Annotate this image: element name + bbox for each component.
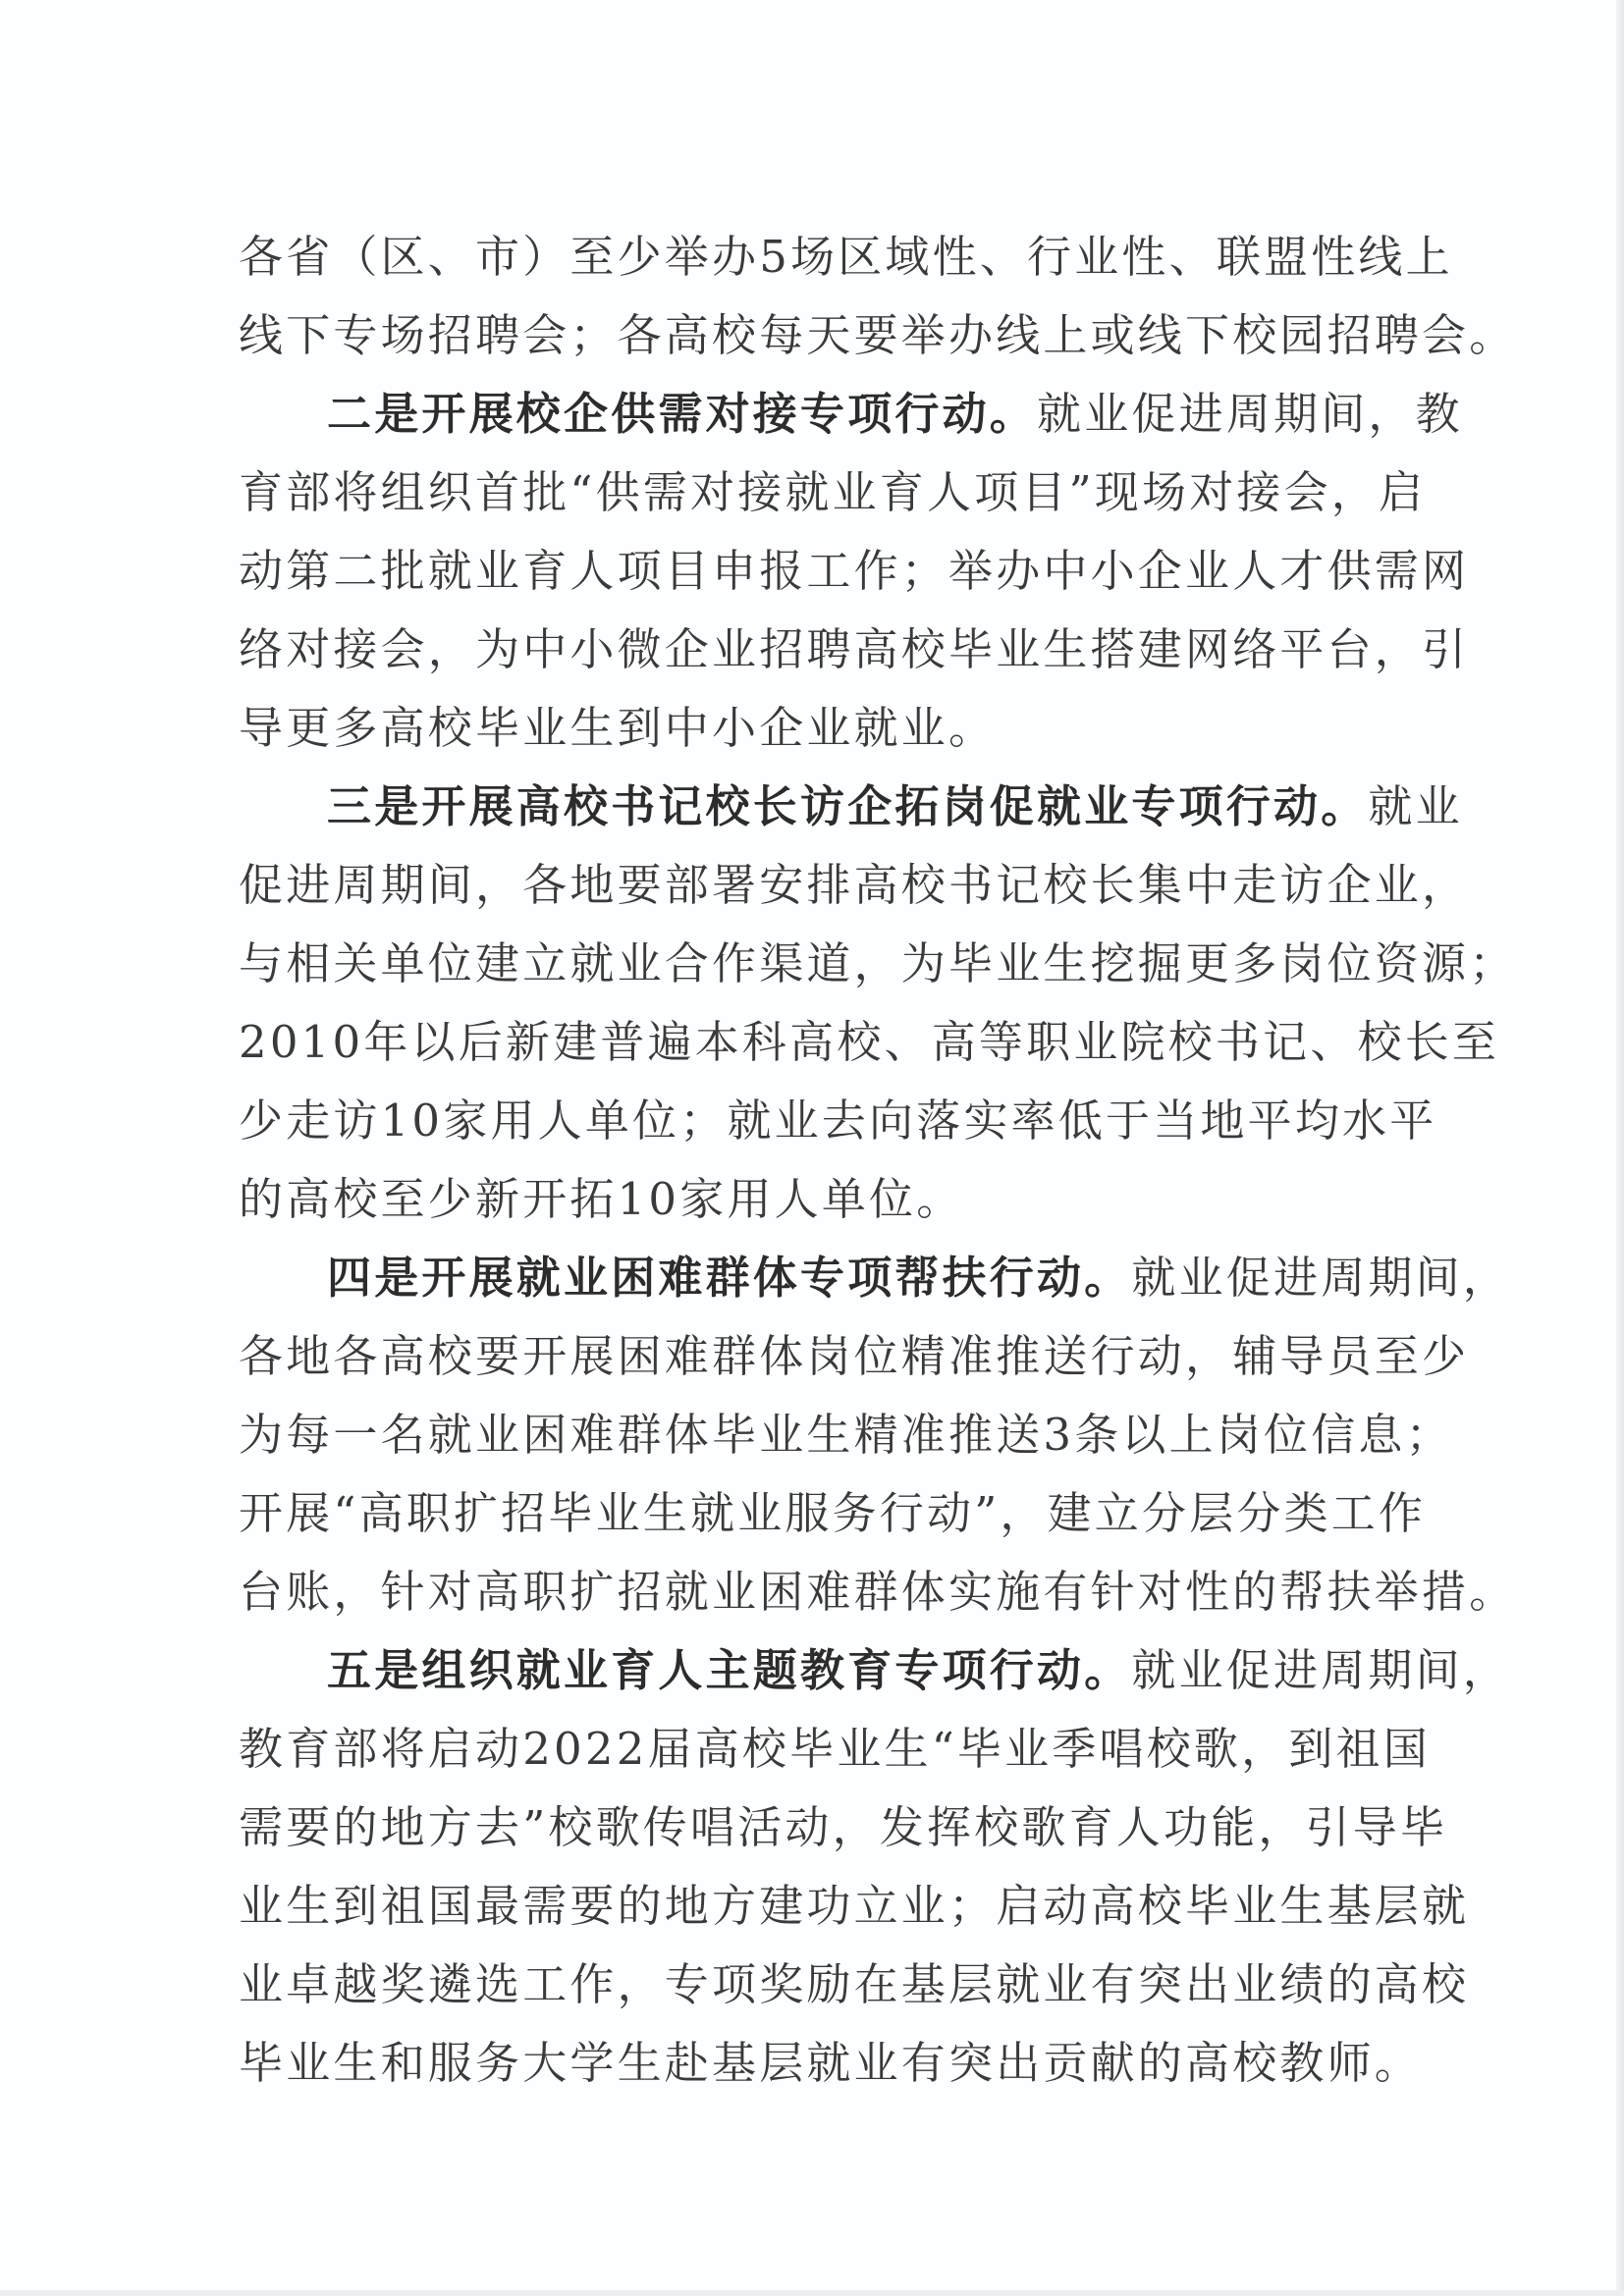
section-heading: 三是开展高校书记校长访企拓岗促就业专项行动。 (327, 780, 1368, 832)
text-line: 台账，针对高职扩招就业困难群体实施有针对性的帮扶举措。 (239, 1553, 1378, 1631)
text-line: 2010年以后新建普遍本科高校、高等职业院校书记、校长至 (239, 1003, 1378, 1082)
text-line: 动第二批就业育人项目申报工作；举办中小企业人才供需网 (239, 532, 1378, 611)
text-run: 就业促进周期间，教 (1037, 388, 1463, 440)
text-line: 为每一名就业困难群体毕业生精准推送3条以上岗位信息； (239, 1396, 1378, 1474)
text-line: 业卓越奖遴选工作，专项奖励在基层就业有突出业绩的高校 (239, 1946, 1378, 2024)
text-line: 导更多高校毕业生到中小企业就业。 (239, 689, 1378, 768)
text-run: 就业 (1368, 780, 1462, 832)
text-line: 毕业生和服务大学生赴基层就业有突出贡献的高校教师。 (239, 2024, 1378, 2103)
paragraph-action-three: 三是开展高校书记校长访企拓岗促就业专项行动。就业 促进周期间，各地要部署安排高校… (239, 768, 1378, 1239)
text-line: 络对接会，为中小微企业招聘高校毕业生搭建网络平台，引 (239, 611, 1378, 689)
text-line: 教育部将启动2022届高校毕业生“毕业季唱校歌，到祖国 (239, 1710, 1378, 1789)
text-line: 五是组织就业育人主题教育专项行动。就业促进周期间， (239, 1631, 1378, 1710)
paragraph-regional-job-fairs: 各省（区、市）至少举办5场区域性、行业性、联盟性线上 线下专场招聘会；各高校每天… (239, 218, 1378, 375)
text-line: 的高校至少新开拓10家用人单位。 (239, 1160, 1378, 1239)
text-run: 就业促进周期间， (1131, 1644, 1510, 1696)
paragraph-action-two: 二是开展校企供需对接专项行动。就业促进周期间，教 育部将组织首批“供需对接就业育… (239, 375, 1378, 768)
document-body: 各省（区、市）至少举办5场区域性、行业性、联盟性线上 线下专场招聘会；各高校每天… (239, 218, 1378, 2103)
text-line: 各地各高校要开展困难群体岗位精准推送行动，辅导员至少 (239, 1317, 1378, 1396)
scan-edge-bottom (0, 2290, 1624, 2296)
text-line: 二是开展校企供需对接专项行动。就业促进周期间，教 (239, 375, 1378, 454)
section-heading: 二是开展校企供需对接专项行动。 (327, 388, 1037, 440)
text-line: 与相关单位建立就业合作渠道，为毕业生挖掘更多岗位资源； (239, 925, 1378, 1003)
text-run: 就业促进周期间， (1131, 1252, 1510, 1304)
text-line: 开展“高职扩招毕业生就业服务行动”，建立分层分类工作 (239, 1474, 1378, 1553)
text-line: 四是开展就业困难群体专项帮扶行动。就业促进周期间， (239, 1239, 1378, 1317)
text-line: 各省（区、市）至少举办5场区域性、行业性、联盟性线上 (239, 218, 1378, 296)
text-line: 三是开展高校书记校长访企拓岗促就业专项行动。就业 (239, 768, 1378, 846)
section-heading: 五是组织就业育人主题教育专项行动。 (327, 1644, 1131, 1696)
section-heading: 四是开展就业困难群体专项帮扶行动。 (327, 1252, 1131, 1304)
text-line: 少走访10家用人单位；就业去向落实率低于当地平均水平 (239, 1082, 1378, 1160)
scan-edge-right (1616, 0, 1624, 2296)
text-line: 业生到祖国最需要的地方建功立业；启动高校毕业生基层就 (239, 1867, 1378, 1946)
text-line: 线下专场招聘会；各高校每天要举办线上或线下校园招聘会。 (239, 296, 1378, 375)
text-line: 需要的地方去”校歌传唱活动，发挥校歌育人功能，引导毕 (239, 1789, 1378, 1867)
text-line: 促进周期间，各地要部署安排高校书记校长集中走访企业， (239, 846, 1378, 925)
paragraph-action-five: 五是组织就业育人主题教育专项行动。就业促进周期间， 教育部将启动2022届高校毕… (239, 1631, 1378, 2103)
paragraph-action-four: 四是开展就业困难群体专项帮扶行动。就业促进周期间， 各地各高校要开展困难群体岗位… (239, 1239, 1378, 1631)
text-line: 育部将组织首批“供需对接就业育人项目”现场对接会，启 (239, 454, 1378, 532)
